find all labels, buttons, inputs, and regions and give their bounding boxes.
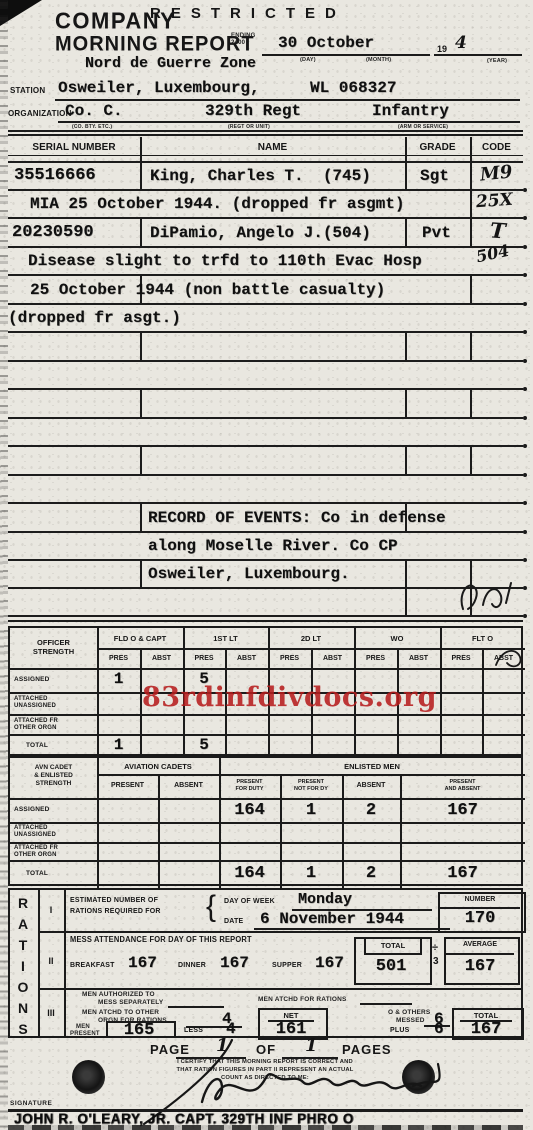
estimated-rations-label-1: ESTIMATED NUMBER OF (70, 897, 158, 904)
serial-number: 35516666 (14, 166, 96, 185)
subcol-cadet-present: PRESENT (97, 782, 158, 789)
subcol-abst: ABST (225, 655, 268, 662)
group-flt-o: FLT O (440, 634, 525, 643)
scan-bottom-smudge (8, 1125, 523, 1130)
handwritten-scribble (492, 645, 528, 671)
brace-glyph: { (206, 890, 216, 924)
year-sublabel: (YEAR) (487, 58, 507, 64)
group-enlisted-men: ENLISTED MEN (219, 762, 525, 771)
group-aviation-cadets: AVIATION CADETS (97, 762, 219, 771)
watermark-text: 83rdinfdivdocs.org (142, 682, 437, 713)
year-underline (434, 54, 522, 56)
roster-row-empty (8, 417, 523, 447)
column-divider (470, 389, 472, 417)
roster-row-entry: 20230590 DiPamio, Angelo J.(504) Pvt T (8, 218, 523, 248)
men-present-label-1: MEN (76, 1024, 90, 1030)
year-value-field: 4 (455, 33, 467, 53)
o-and-others-label-1: O & OTHERS (388, 1009, 430, 1016)
o-and-others-label-2: MESSED (396, 1017, 425, 1024)
double-rule-top-b (8, 134, 523, 136)
col-header-grade: GRADE (405, 142, 470, 153)
enlisted-assigned-pres-abs: 167 (400, 801, 525, 820)
enlisted-title-line3: STRENGTH (10, 780, 97, 787)
remark-text: MIA 25 October 1944. (dropped fr asgmt) (30, 195, 404, 213)
subcol-present-for-duty-1: PRESENT (219, 779, 280, 785)
table-hline (97, 648, 525, 650)
men-authorized-label-1: MEN AUTHORIZED TO (82, 991, 155, 998)
column-divider (140, 446, 142, 474)
station-underline (55, 99, 520, 101)
table-hline (10, 842, 525, 844)
dinner-value: 167 (220, 954, 249, 972)
column-divider (470, 189, 472, 217)
station-field: Osweiler, Luxembourg, (58, 79, 260, 97)
number-label: NUMBER (440, 896, 520, 903)
part-three-numeral: III (38, 1008, 64, 1018)
station-coordinates-field: WL 068327 (310, 79, 396, 97)
form-title-line2: MORNING REPORT (55, 32, 255, 56)
col-header-name: NAME (140, 142, 405, 153)
men-atchd-other-label-1: MEN ATCHD TO OTHER (82, 1009, 159, 1016)
part-two-numeral: II (38, 956, 64, 966)
subcol-present-and-absent-2: AND ABSENT (400, 786, 525, 792)
enlisted-title-line1: AVN CADET (10, 764, 97, 771)
column-divider (470, 161, 472, 189)
enlisted-strength-table: AVN CADET & ENLISTED STRENGTH AVIATION C… (8, 756, 523, 886)
subcol-abst: ABST (397, 655, 440, 662)
mess-total-box: TOTAL 501 (354, 937, 432, 985)
roster-row-empty (8, 446, 523, 476)
group-2d-lt: 2D LT (268, 634, 354, 643)
row-label-total: TOTAL (26, 870, 48, 877)
org-unit-field: Co. C. (65, 102, 123, 120)
row-label-assigned: ASSIGNED (14, 676, 50, 683)
column-divider (470, 218, 472, 246)
row-label-attached-fr-other-1: ATTACHED FR (14, 718, 58, 724)
column-divider (140, 218, 142, 246)
date-underline (262, 54, 430, 56)
roster-header-row: SERIAL NUMBER NAME GRADE CODE (8, 137, 523, 163)
number-box: NUMBER 170 (438, 892, 526, 933)
row-label-attached-unassigned-2: UNASSIGNED (14, 832, 56, 838)
table-vline (158, 774, 160, 888)
subcol-absent: ABSENT (342, 782, 400, 789)
column-divider (405, 446, 407, 474)
column-divider (140, 559, 142, 587)
mess-average-value: 167 (446, 957, 514, 976)
year-prefix: 19 (437, 44, 447, 54)
mess-total-label: TOTAL (366, 941, 420, 950)
soldier-name: DiPamio, Angelo J.(504) (150, 224, 371, 242)
mess-total-value: 501 (356, 957, 426, 976)
roster-row-note: MIA 25 October 1944. (dropped fr asgmt) … (8, 189, 523, 219)
row-label-attached-unassigned-2: UNASSIGNED (14, 703, 56, 709)
column-divider (140, 161, 142, 189)
mess-average-label: AVERAGE (446, 941, 514, 948)
rations-side-label: RATIONS (15, 895, 31, 1035)
ending-label-line1: ENDING (231, 33, 256, 39)
roster-row-empty (8, 332, 523, 362)
code-value-handwritten: M9 (479, 161, 513, 185)
column-divider (470, 275, 472, 303)
roster-row-events: along Moselle River. Co CP (8, 531, 523, 561)
table-hline (10, 798, 525, 800)
dinner-label: DINNER (178, 962, 206, 969)
divide-number: 3 (433, 956, 439, 967)
enlisted-total-pres-abs: 167 (400, 864, 525, 883)
record-of-events-line: Osweiler, Luxembourg. (148, 565, 350, 583)
roster-row-empty (8, 474, 523, 504)
grade-value: Pvt (422, 224, 451, 242)
table-vline (64, 890, 66, 1036)
men-present-label-2: PRESENT (70, 1031, 100, 1037)
org-branch-field: Infantry (372, 102, 449, 120)
rations-number-value: 170 (440, 909, 520, 928)
column-divider (405, 587, 407, 615)
officer-total-1lt-pres: 5 (183, 736, 225, 754)
classification-banner: RESTRICTED (150, 5, 346, 22)
subcol-pres: PRES (183, 655, 225, 662)
month-sublabel: (MONTH) (366, 57, 391, 63)
record-of-events-line: along Moselle River. Co CP (148, 537, 398, 555)
roster-row-note: 25 October 1944 (non battle casualty) (8, 275, 523, 305)
day-of-week-value: Monday (298, 891, 352, 908)
handwritten-scribble (455, 575, 515, 615)
col-header-serial: SERIAL NUMBER (8, 142, 140, 153)
ending-label-line2: 2400 (231, 40, 245, 46)
row-label-attached-unassigned-1: ATTACHED (14, 696, 48, 702)
subcol-present-for-duty-2: FOR DUTY (219, 786, 280, 792)
table-hline (10, 668, 525, 670)
column-divider (470, 446, 472, 474)
subcol-present-not-duty-2: NOT FOR DY (280, 786, 342, 792)
code-value-handwritten: T (489, 217, 506, 243)
officer-assigned-fldo-pres: 1 (97, 670, 140, 688)
part-one-numeral: I (38, 905, 64, 915)
officer-strength-title-line1: OFFICER (10, 638, 97, 647)
section-double-rule-a (8, 620, 523, 622)
table-hline (38, 988, 523, 990)
field-underline (254, 928, 450, 930)
box-inner-line (446, 953, 514, 955)
field-underline (168, 1006, 224, 1008)
grade-value: Sgt (420, 167, 449, 185)
scan-edge-noise (0, 0, 8, 1130)
subcol-abst: ABST (311, 655, 354, 662)
enlisted-assigned-for-duty: 164 (219, 801, 280, 820)
roster-row-events: RECORD OF EVENTS: Co in defense (8, 503, 523, 533)
men-atchd-for-rations-label: MEN ATCHD FOR RATIONS (258, 996, 347, 1003)
enlisted-title-line2: & ENLISTED (10, 772, 97, 779)
row-label-attached-fr-other-1: ATTACHED FR (14, 845, 58, 851)
group-wo: WO (354, 634, 440, 643)
column-divider (140, 389, 142, 417)
report-date-field: 30 October (278, 34, 374, 52)
row-label-attached-unassigned-1: ATTACHED (14, 825, 48, 831)
organization-underline (58, 121, 520, 123)
serial-number: 20230590 (12, 223, 94, 242)
row-label-attached-fr-other-2: OTHER ORGN (14, 852, 57, 858)
table-hline (97, 774, 525, 776)
column-divider (470, 332, 472, 360)
code-value-handwritten: 25X (475, 190, 513, 213)
subcol-present-and-absent-1: PRESENT (400, 779, 525, 785)
column-divider (405, 218, 407, 246)
column-divider (405, 559, 407, 587)
column-divider (405, 161, 407, 189)
estimated-rations-label-2: RATIONS REQUIRED FOR (70, 908, 161, 915)
enlisted-assigned-absent: 2 (342, 801, 400, 820)
form-title-line1: COMPANY (55, 7, 176, 34)
mess-attendance-title: MESS ATTENDANCE FOR DAY OF THIS REPORT (70, 935, 252, 944)
column-divider (405, 332, 407, 360)
row-label-assigned: ASSIGNED (14, 806, 50, 813)
subcol-abst: ABST (140, 655, 183, 662)
breakfast-value: 167 (128, 954, 157, 972)
group-fldo-capt: FLD O & CAPT (97, 634, 183, 643)
morning-report-scan: RESTRICTED COMPANY MORNING REPORT ENDING… (0, 0, 533, 1130)
roster-row-entry: 35516666 King, Charles T. (745) Sgt M9 (8, 161, 523, 191)
double-rule-top-a (8, 130, 523, 132)
date-value: 6 November 1944 (260, 910, 404, 928)
officer-total-fldo-pres: 1 (97, 736, 140, 754)
officer-strength-title-line2: STRENGTH (10, 647, 97, 656)
subcol-pres: PRES (440, 655, 482, 662)
date-label: DATE (224, 918, 243, 925)
organization-label: ORGANIZATION (8, 109, 72, 118)
subcol-pres: PRES (97, 655, 140, 662)
soldier-name: King, Charles T. (745) (150, 167, 371, 185)
col-header-code: CODE (470, 142, 523, 153)
table-hline (10, 734, 525, 736)
subcol-pres: PRES (268, 655, 311, 662)
station-label: STATION (10, 86, 45, 95)
roster-row-note: Disease slight to trfd to 110th Evac Hos… (8, 246, 523, 276)
remark-text: Disease slight to trfd to 110th Evac Hos… (28, 252, 422, 270)
column-divider (140, 332, 142, 360)
signature-label: SIGNATURE (10, 1100, 52, 1107)
record-of-events-line: RECORD OF EVENTS: Co in defense (148, 509, 446, 527)
column-divider (140, 503, 142, 531)
table-vline (482, 648, 484, 758)
header-inner-rule (8, 155, 523, 156)
column-divider (405, 389, 407, 417)
row-label-total: TOTAL (26, 742, 48, 749)
mess-total-label-box: TOTAL (364, 937, 422, 955)
men-authorized-label-2: MESS SEPARATELY (98, 999, 163, 1006)
subcol-pres: PRES (354, 655, 397, 662)
supper-value: 167 (315, 954, 344, 972)
enlisted-assigned-not-duty: 1 (280, 801, 342, 820)
table-hline (10, 822, 525, 824)
zone-field: Nord de Guerre Zone (85, 55, 256, 72)
remark-text: (dropped fr asgt.) (8, 309, 181, 327)
divide-sign: ÷ (432, 942, 438, 954)
row-label-attached-fr-other-2: OTHER ORGN (14, 725, 57, 731)
punch-hole-left (72, 1060, 105, 1094)
subcol-present-not-duty-1: PRESENT (280, 779, 342, 785)
org-regiment-field: 329th Regt (205, 102, 301, 120)
field-underline (360, 1003, 412, 1005)
remark-text: 25 October 1944 (non battle casualty) (30, 281, 385, 299)
enlisted-total-not-duty: 1 (280, 864, 342, 883)
subcol-cadet-absent: ABSENT (158, 782, 219, 789)
table-hline (10, 860, 525, 862)
day-sublabel: (DAY) (300, 57, 316, 63)
roster-row-empty (8, 360, 523, 390)
supper-label: SUPPER (272, 962, 302, 969)
enlisted-total-for-duty: 164 (219, 864, 280, 883)
roster-row-note: (dropped fr asgt.) (8, 303, 523, 333)
breakfast-label: BREAKFAST (70, 962, 115, 969)
rations-section: RATIONS I II III ESTIMATED NUMBER OF RAT… (8, 888, 523, 1038)
roster-row-events: Osweiler, Luxembourg. (8, 559, 523, 589)
day-of-week-label: DAY OF WEEK (224, 898, 275, 905)
mess-average-box: AVERAGE 167 (444, 937, 520, 985)
roster-row-empty (8, 587, 523, 617)
roster-row-empty (8, 389, 523, 419)
enlisted-total-absent: 2 (342, 864, 400, 883)
group-1st-lt: 1ST LT (183, 634, 268, 643)
table-hline (10, 714, 525, 716)
